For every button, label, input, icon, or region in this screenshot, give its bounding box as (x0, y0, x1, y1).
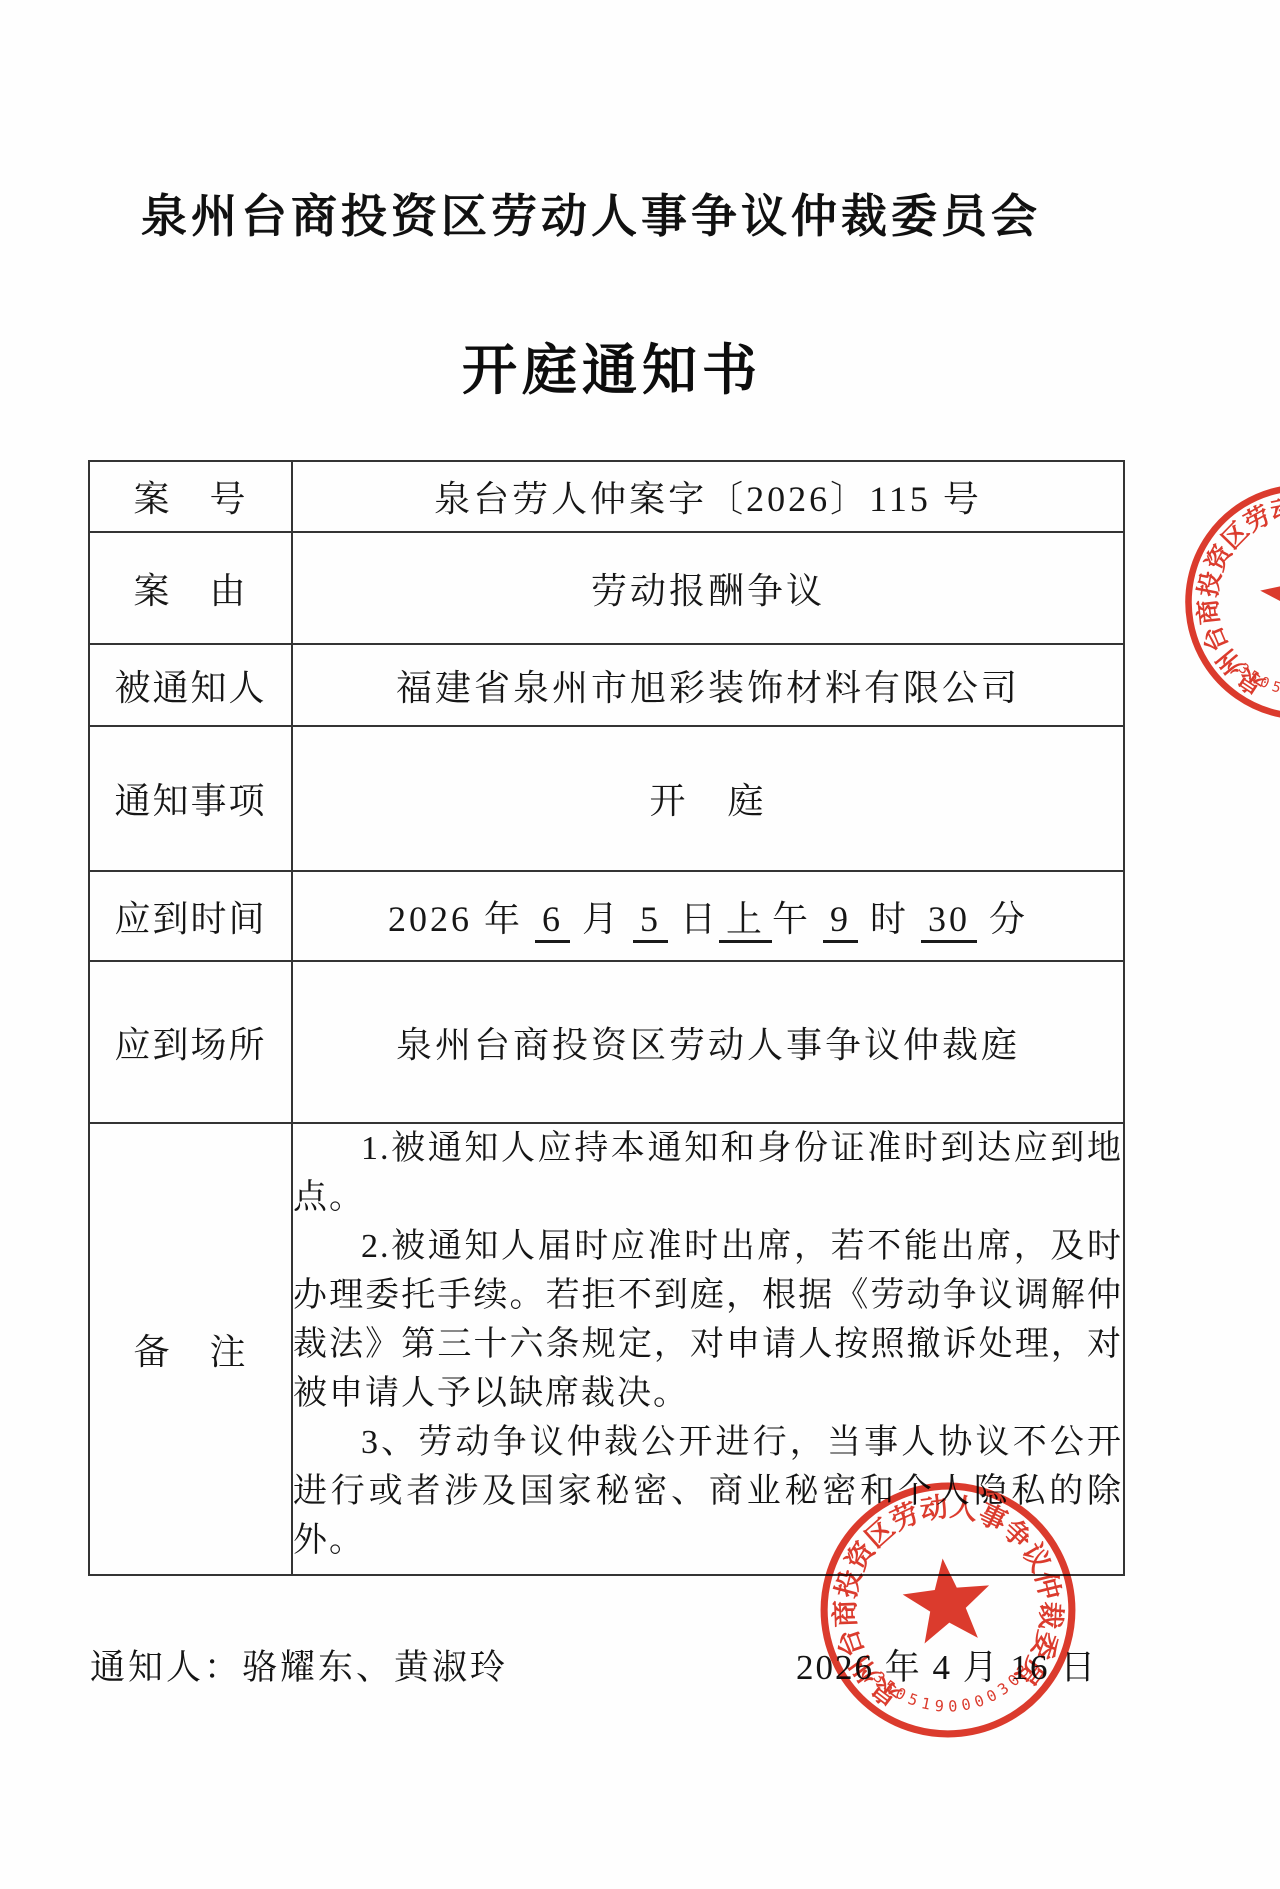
remarks-label: 备 注 (89, 1123, 292, 1575)
official-seal-stamp-topright: 泉州台商投资区劳动人事争议仲裁委员会 3505190000303 (1162, 461, 1280, 744)
time-day-unit: 日 (668, 899, 719, 939)
table-row-case-number: 案 号 泉台劳人仲案字〔2026〕115 号 (89, 461, 1124, 532)
star-icon (899, 1554, 994, 1645)
notice-document-page: 泉州台商投资区劳动人事争议仲裁委员会 开庭通知书 案 号 泉台劳人仲案字〔202… (0, 0, 1280, 1889)
arrival-place-label: 应到场所 (89, 961, 292, 1123)
case-number-value: 泉台劳人仲案字〔2026〕115 号 (292, 461, 1124, 532)
case-number-label: 案 号 (89, 461, 292, 532)
case-cause-label: 案 由 (89, 532, 292, 644)
table-row-notified-party: 被通知人 福建省泉州市旭彩装饰材料有限公司 (89, 644, 1124, 726)
remark-item-2: 2.被通知人届时应准时出席，若不能出席，及时办理委托手续。若拒不到庭，根据《劳动… (293, 1222, 1123, 1418)
official-seal-stamp-bottom: 泉州台商投资区劳动人事争议仲裁委员会 3505190000303 (803, 1465, 1093, 1755)
star-icon (1255, 548, 1280, 637)
time-minute-filled: 30 (921, 899, 977, 943)
table-row-arrival-time: 应到时间 2026 年 6 月 5 日上午 9 时 30 分 (89, 871, 1124, 961)
notice-matter-value: 开 庭 (292, 726, 1124, 871)
table-row-case-cause: 案 由 劳动报酬争议 (89, 532, 1124, 644)
arrival-time-label: 应到时间 (89, 871, 292, 961)
remark-item-1: 1.被通知人应持本通知和身份证准时到达应到地点。 (293, 1124, 1123, 1222)
table-row-notice-matter: 通知事项 开 庭 (89, 726, 1124, 871)
organization-title: 泉州台商投资区劳动人事争议仲裁委员会 (0, 180, 1182, 246)
time-year: 2026 年 (388, 899, 535, 939)
arrival-place-value: 泉州台商投资区劳动人事争议仲裁庭 (292, 961, 1124, 1123)
notifier-names: 通知人：骆耀东、黄淑玲 (90, 1640, 508, 1690)
time-hour-unit: 时 (858, 899, 921, 939)
time-hour-filled: 9 (823, 899, 858, 943)
time-day-filled: 5 (633, 899, 668, 943)
time-meridiem-filled: 上 (719, 899, 772, 943)
document-title: 开庭通知书 (0, 326, 1224, 405)
notified-party-label: 被通知人 (89, 644, 292, 726)
time-minute-unit: 分 (977, 899, 1028, 939)
table-row-arrival-place: 应到场所 泉州台商投资区劳动人事争议仲裁庭 (89, 961, 1124, 1123)
time-month-filled: 6 (535, 899, 570, 943)
notified-party-value: 福建省泉州市旭彩装饰材料有限公司 (292, 644, 1124, 726)
arrival-time-value: 2026 年 6 月 5 日上午 9 时 30 分 (292, 871, 1124, 961)
notice-table: 案 号 泉台劳人仲案字〔2026〕115 号 案 由 劳动报酬争议 被通知人 福… (88, 460, 1125, 1576)
notice-matter-label: 通知事项 (89, 726, 292, 871)
time-month-unit: 月 (570, 899, 633, 939)
time-meridiem-unit: 午 (772, 899, 823, 939)
case-cause-value: 劳动报酬争议 (292, 532, 1124, 644)
